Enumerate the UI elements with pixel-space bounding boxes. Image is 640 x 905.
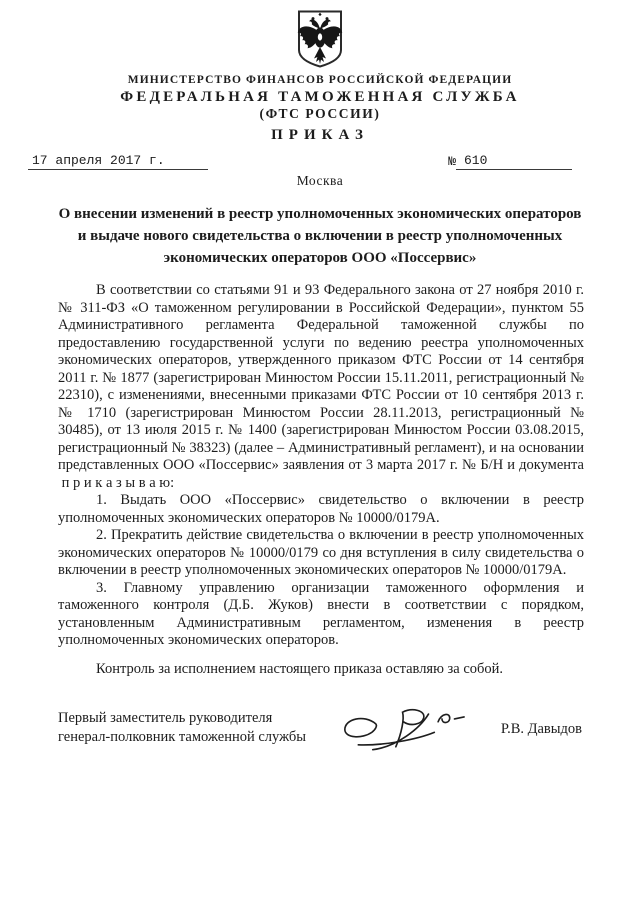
preamble-paragraph: В соответствии со статьями 91 и 93 Федер… [58, 282, 584, 492]
ministry-name: МИНИСТЕРСТВО ФИНАНСОВ РОССИЙСКОЙ ФЕДЕРАЦ… [0, 74, 640, 86]
title-line-1: О внесении изменений в реестр уполномоче… [40, 203, 600, 225]
numero-sign: № [448, 154, 456, 170]
title-line-2: и выдаче нового свидетельства о включени… [40, 225, 600, 247]
signer-position: Первый заместитель руководителя генерал-… [58, 709, 306, 746]
signer-position-line-1: Первый заместитель руководителя [58, 709, 306, 728]
document-title: О внесении изменений в реестр уполномоче… [0, 203, 640, 269]
agency-name: ФЕДЕРАЛЬНАЯ ТАМОЖЕННАЯ СЛУЖБА [0, 89, 640, 106]
document-body: В соответствии со статьями 91 и 93 Федер… [58, 282, 584, 678]
agency-abbreviation: (ФТС РОССИИ) [0, 106, 640, 122]
document-type-heading: ПРИКАЗ [0, 127, 640, 144]
order-item-3: 3. Главному управлению организации тамож… [58, 580, 584, 650]
signer-position-line-2: генерал-полковник таможенной службы [58, 728, 306, 747]
order-item-2: 2. Прекратить действие свидетельства о в… [58, 527, 584, 580]
date-number-row: 17 апреля 2017 г. № 610 [0, 153, 640, 170]
city-label: Москва [0, 173, 640, 189]
document-number-field: № 610 [448, 153, 572, 170]
signature-block: Первый заместитель руководителя генерал-… [58, 709, 582, 751]
signer-name: Р.В. Давыдов [501, 709, 582, 738]
document-number: 610 [456, 153, 572, 170]
title-line-3: экономических операторов ООО «Поссервис» [40, 247, 600, 269]
document-date: 17 апреля 2017 г. [28, 153, 208, 170]
scanned-order-document: МИНИСТЕРСТВО ФИНАНСОВ РОССИЙСКОЙ ФЕДЕРАЦ… [0, 0, 640, 905]
handwritten-signature-icon [341, 707, 466, 751]
control-statement: Контроль за исполнением настоящего прика… [58, 661, 584, 679]
order-item-1: 1. Выдать ООО «Поссервис» свидетельство … [58, 492, 584, 527]
coat-of-arms-icon [292, 10, 348, 70]
